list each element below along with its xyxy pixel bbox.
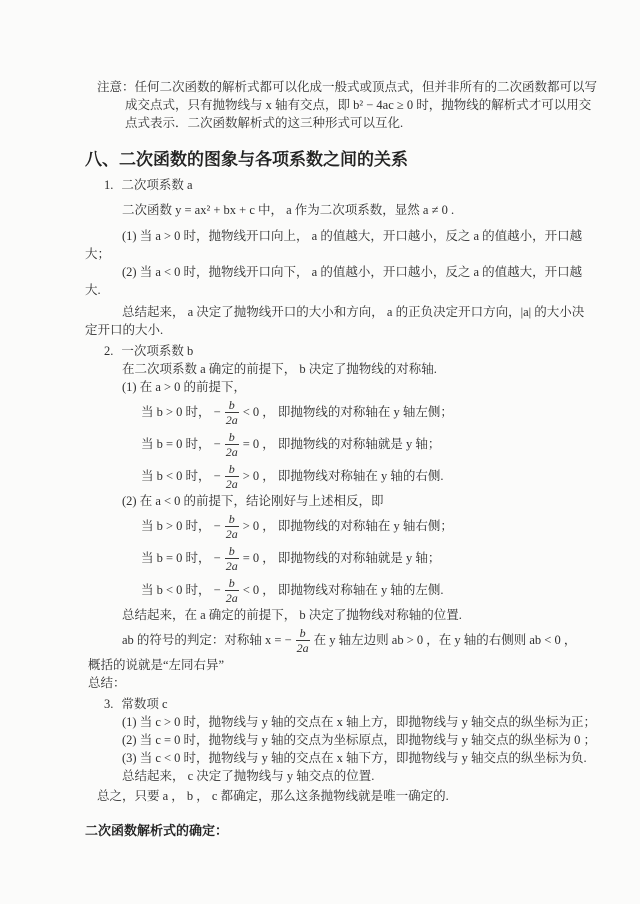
row-post: < 0 ， 即抛物线的对称轴在 y 轴左侧； (243, 403, 453, 421)
note-text-1: 任何二次函数的解析式都可以化成一般式或顶点式，但并非所有的二次函数都可以写 (135, 80, 598, 94)
item3-title: 常数项 c (121, 697, 167, 711)
item2-number: 2. (104, 344, 113, 358)
fraction-numerator: b (225, 463, 239, 477)
fraction: b2a (225, 545, 239, 572)
item1-summary-line2: 定开口的大小. (85, 321, 640, 339)
fraction-denominator: 2a (225, 413, 239, 426)
note-label: 注意： (97, 80, 135, 94)
row-pre: 当 b = 0 时， − (141, 549, 221, 567)
item2-case2-row3: 当 b < 0 时， − b2a < 0 ， 即抛物线对称轴在 y 轴的左侧. (141, 574, 640, 606)
fraction-numerator: b (296, 627, 310, 641)
item2-title: 一次项系数 b (121, 344, 193, 358)
item1-p2-line1: (2) 当 a < 0 时，抛物线开口向下， a 的值越小，开口越小，反之 a … (122, 263, 640, 281)
item1-intro: 二次函数 y = ax² + bx + c 中， a 作为二次项系数，显然 a … (122, 201, 640, 219)
fraction: b2a (225, 431, 239, 458)
fraction-denominator: 2a (225, 527, 239, 540)
fraction: b2a (225, 513, 239, 540)
row-pre: 当 b < 0 时， − (141, 467, 221, 485)
item1-p2-line2: 大. (85, 281, 640, 299)
fraction: b2a (225, 399, 239, 426)
item3-p3: (3) 当 c < 0 时，抛物线与 y 轴的交点在 x 轴下方，即抛物线与 y… (122, 749, 640, 767)
fraction-denominator: 2a (225, 477, 239, 490)
item1-heading: 1.二次项系数 a (104, 176, 640, 194)
item2-summary: 总结起来，在 a 确定的前提下， b 决定了抛物线对称轴的位置. (122, 606, 640, 624)
fraction-denominator: 2a (225, 591, 239, 604)
section-title: 八、二次函数的图象与各项系数之间的关系 (85, 147, 640, 173)
item2-case2-label: (2) 在 a < 0 的前提下，结论刚好与上述相反，即 (122, 492, 640, 510)
item2-case1-row1: 当 b > 0 时， − b2a < 0 ， 即抛物线的对称轴在 y 轴左侧； (141, 396, 640, 428)
row-post: = 0 ， 即抛物线的对称轴就是 y 轴； (243, 435, 441, 453)
fraction-denominator: 2a (225, 559, 239, 572)
item2-case2-row2: 当 b = 0 时， − b2a = 0 ， 即抛物线的对称轴就是 y 轴； (141, 542, 640, 574)
item2-heading: 2.一次项系数 b (104, 342, 640, 360)
row-pre: 当 b < 0 时， − (141, 581, 221, 599)
ab-rule-pre: ab 的符号的判定：对称轴 x = − (122, 631, 292, 649)
fraction-denominator: 2a (296, 641, 310, 654)
page-content: 注意：任何二次函数的解析式都可以化成一般式或顶点式，但并非所有的二次函数都可以写… (0, 0, 640, 840)
ab-rule-post: 在 y 轴左边则 ab > 0 ，在 y 轴的右侧则 ab < 0 ， (314, 631, 577, 649)
document-page: 注意：任何二次函数的解析式都可以化成一般式或顶点式，但并非所有的二次函数都可以写… (0, 0, 640, 904)
fraction-denominator: 2a (225, 445, 239, 458)
item1-title: 二次项系数 a (121, 178, 192, 192)
item2-summary-label: 总结： (88, 674, 640, 692)
item3-p2: (2) 当 c = 0 时，抛物线与 y 轴的交点为坐标原点，即抛物线与 y 轴… (122, 731, 640, 749)
note-line-3: 点式表示．二次函数解析式的这三种形式可以互化. (125, 114, 640, 132)
item1-number: 1. (104, 178, 113, 192)
row-pre: 当 b > 0 时， − (141, 517, 221, 535)
note-line-1: 注意：任何二次函数的解析式都可以化成一般式或顶点式，但并非所有的二次函数都可以写 (97, 78, 640, 96)
item2-case1-row2: 当 b = 0 时， − b2a = 0 ， 即抛物线的对称轴就是 y 轴； (141, 428, 640, 460)
item2-ab-rule-line2: 概括的说就是“左同右异” (88, 656, 640, 674)
fraction-numerator: b (225, 545, 239, 559)
item1-summary-line1: 总结起来， a 决定了抛物线开口的大小和方向， a 的正负决定开口方向，|a| … (122, 303, 640, 321)
row-post: < 0 ， 即抛物线对称轴在 y 轴的左侧. (243, 581, 444, 599)
item2-case2-row1: 当 b > 0 时， − b2a > 0 ， 即抛物线的对称轴在 y 轴右侧； (141, 510, 640, 542)
item2-intro: 在二次项系数 a 确定的前提下， b 决定了抛物线的对称轴. (122, 360, 640, 378)
row-pre: 当 b > 0 时， − (141, 403, 221, 421)
note-line-2: 成交点式，只有抛物线与 x 轴有交点，即 b² − 4ac ≥ 0 时，抛物线的… (125, 96, 640, 114)
footer-heading: 二次函数解析式的确定： (85, 821, 640, 840)
fraction-numerator: b (225, 577, 239, 591)
item2-ab-rule: ab 的符号的判定：对称轴 x = − b2a 在 y 轴左边则 ab > 0 … (122, 624, 640, 656)
row-post: > 0 ， 即抛物线的对称轴在 y 轴右侧； (243, 517, 453, 535)
item3-heading: 3.常数项 c (104, 695, 640, 713)
item3-p1: (1) 当 c > 0 时，抛物线与 y 轴的交点在 x 轴上方，即抛物线与 y… (122, 713, 640, 731)
fraction-numerator: b (225, 399, 239, 413)
fraction: b2a (225, 463, 239, 490)
fraction-numerator: b (225, 431, 239, 445)
item2-case1-row3: 当 b < 0 时， − b2a > 0 ， 即抛物线对称轴在 y 轴的右侧. (141, 460, 640, 492)
item1-p1-line2: 大； (85, 245, 640, 263)
row-post: > 0 ， 即抛物线对称轴在 y 轴的右侧. (243, 467, 444, 485)
item3-summary: 总结起来， c 决定了抛物线与 y 轴交点的位置. (122, 767, 640, 785)
conclusion-line: 总之，只要 a ， b ， c 都确定，那么这条抛物线就是唯一确定的. (97, 787, 640, 805)
fraction-numerator: b (225, 513, 239, 527)
row-post: = 0 ， 即抛物线的对称轴就是 y 轴； (243, 549, 441, 567)
item1-p1-line1: (1) 当 a > 0 时，抛物线开口向上， a 的值越大，开口越小，反之 a … (122, 227, 640, 245)
row-pre: 当 b = 0 时， − (141, 435, 221, 453)
fraction: b2a (225, 577, 239, 604)
fraction: b2a (296, 627, 310, 654)
item2-case1-label: (1) 在 a > 0 的前提下， (122, 378, 640, 396)
item3-number: 3. (104, 697, 113, 711)
